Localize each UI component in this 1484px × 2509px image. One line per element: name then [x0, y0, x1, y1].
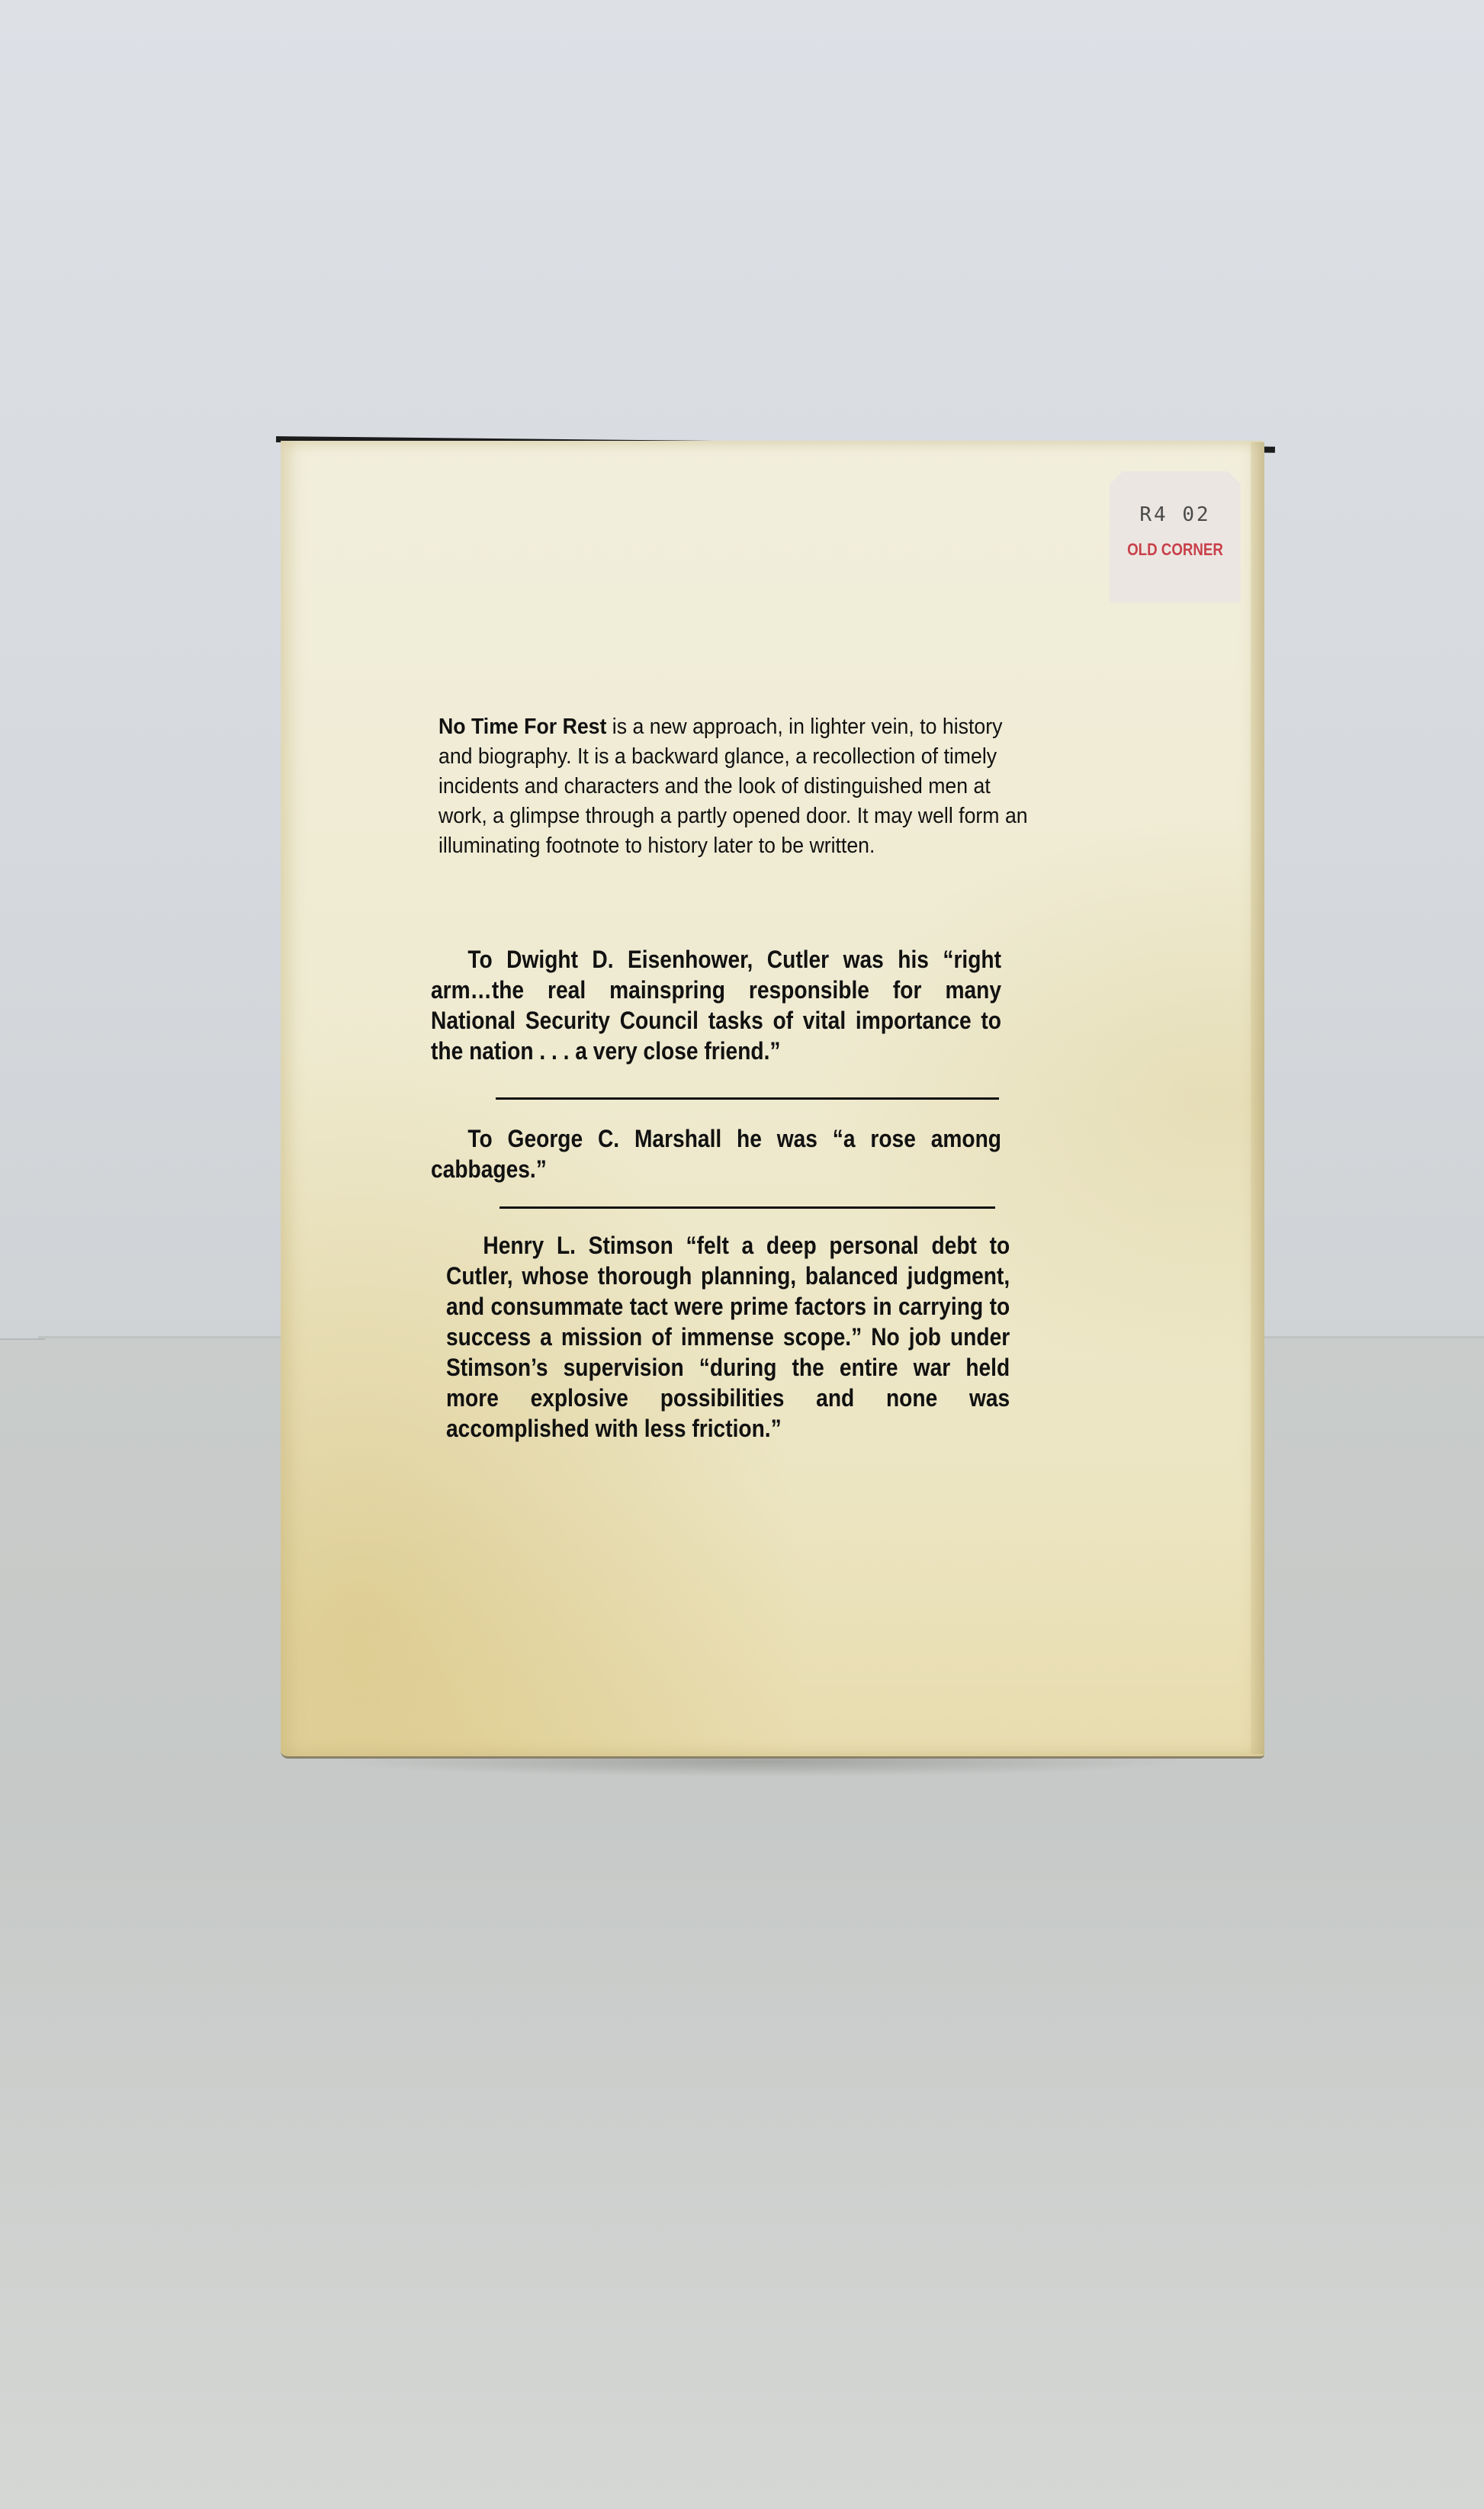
- sticker-store-name: OLD CORNER: [1119, 540, 1231, 560]
- divider-rule: [496, 1097, 999, 1100]
- divider-rule: [499, 1206, 995, 1209]
- sticker-code: R4 02: [1110, 503, 1241, 526]
- quote-eisenhower: To Dwight D. Eisenhower, Cutler was his …: [431, 944, 1001, 1066]
- book-spine-edge: [1251, 442, 1264, 1754]
- blurb-paragraph: No Time For Rest is a new approach, in l…: [438, 712, 1035, 861]
- quote-stimson: Henry L. Stimson “felt a deep personal d…: [446, 1230, 1010, 1444]
- book-back-cover: [281, 441, 1264, 1759]
- price-sticker: R4 02 OLD CORNER: [1110, 471, 1241, 602]
- quote-marshall: To George C. Marshall he was “a rose amo…: [431, 1123, 1001, 1184]
- book-title: No Time For Rest: [438, 715, 606, 739]
